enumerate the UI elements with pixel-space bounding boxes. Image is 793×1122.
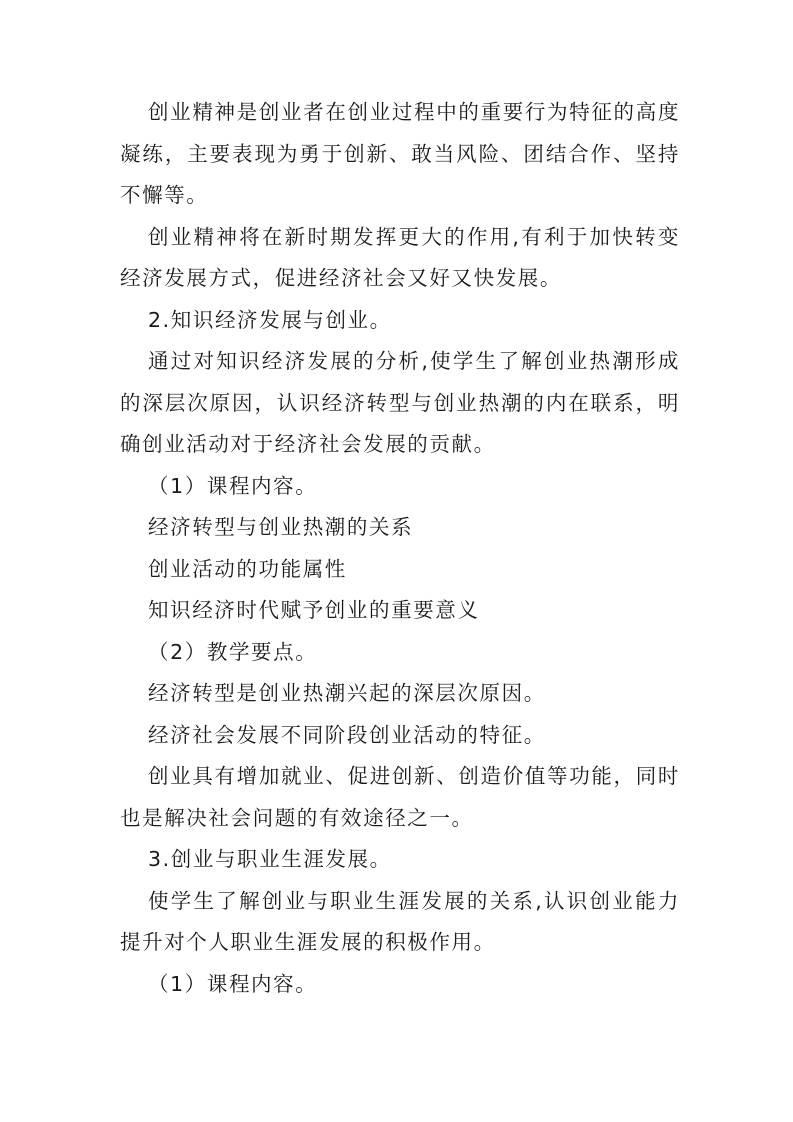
paragraph-entrepreneurship-definition: 创业精神是创业者在创业过程中的重要行为特征的高度凝练，主要表现为勇于创新、敢当风… xyxy=(120,92,680,217)
subheading-teaching-points: （2）教学要点。 xyxy=(120,632,680,674)
list-item: 经济转型是创业热潮兴起的深层次原因。 xyxy=(120,673,680,715)
subheading-course-content: （1）课程内容。 xyxy=(120,466,680,508)
section-heading-knowledge-economy: 2.知识经济发展与创业。 xyxy=(120,300,680,342)
list-item: 经济转型与创业热潮的关系 xyxy=(120,507,680,549)
list-item: 经济社会发展不同阶段创业活动的特征。 xyxy=(120,715,680,757)
document-page: 创业精神是创业者在创业过程中的重要行为特征的高度凝练，主要表现为勇于创新、敢当风… xyxy=(0,0,793,1122)
section-heading-career-development: 3.创业与职业生涯发展。 xyxy=(120,839,680,881)
list-item: 创业活动的功能属性 xyxy=(120,549,680,591)
document-body: 创业精神是创业者在创业过程中的重要行为特征的高度凝练，主要表现为勇于创新、敢当风… xyxy=(120,92,680,1005)
paragraph-career-development-goal: 使学生了解创业与职业生涯发展的关系,认识创业能力提升对个人职业生涯发展的积极作用… xyxy=(120,881,680,964)
list-item: 知识经济时代赋予创业的重要意义 xyxy=(120,590,680,632)
paragraph-entrepreneurship-role: 创业精神将在新时期发挥更大的作用,有利于加快转变经济发展方式，促进经济社会又好又… xyxy=(120,217,680,300)
paragraph-knowledge-economy-goal: 通过对知识经济发展的分析,使学生了解创业热潮形成的深层次原因，认识经济转型与创业… xyxy=(120,341,680,466)
paragraph-entrepreneurship-functions: 创业具有增加就业、促进创新、创造价值等功能，同时也是解决社会问题的有效途径之一。 xyxy=(120,756,680,839)
subheading-course-content: （1）课程内容。 xyxy=(120,964,680,1006)
